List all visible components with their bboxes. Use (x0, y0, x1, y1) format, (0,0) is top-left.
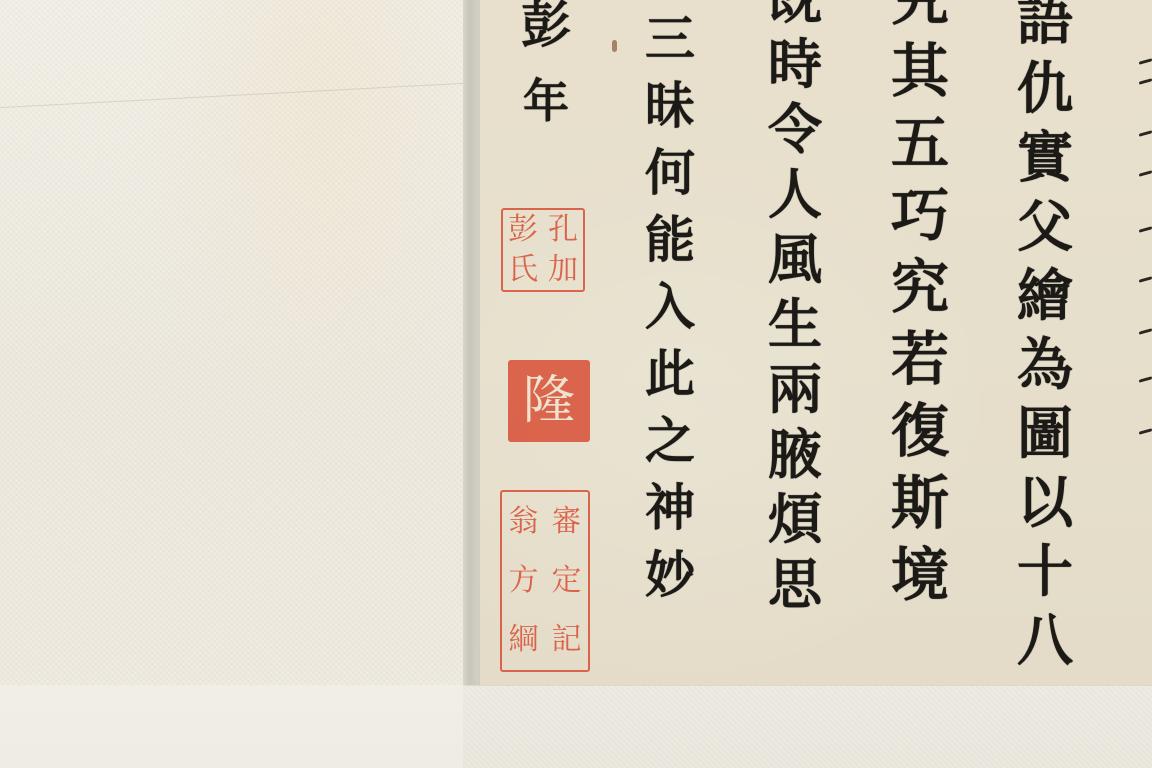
seal-char: 翁 (509, 507, 539, 537)
seal-char: 綱 (509, 625, 539, 655)
char: 巧 (891, 186, 949, 244)
silk-mount-bottom-left (0, 685, 463, 768)
char: 妙 (645, 550, 695, 600)
seal-char: 彭 (508, 215, 538, 245)
char: 昧 (645, 81, 695, 131)
char: 時 (768, 37, 822, 91)
char: 人 (768, 167, 822, 221)
char: 生 (768, 297, 822, 351)
text-column-2: 究 其 五 巧 究 若 復 斯 境 (880, 0, 960, 618)
seal-char: 加 (548, 255, 578, 285)
char: 仇 (1017, 61, 1073, 117)
char: 五 (891, 114, 949, 172)
char: 煩 (768, 492, 822, 546)
char: 以 (1017, 475, 1073, 531)
char: 復 (891, 402, 949, 460)
char: 何 (645, 148, 695, 198)
char: 圖 (1017, 406, 1073, 462)
char: 繪 (1017, 268, 1073, 324)
text-column-4: 三 昧 何 能 入 此 之 神 妙 (632, 14, 708, 617)
char: 十 (1017, 544, 1073, 600)
seal-square-outline: 彭 孔 氏 加 (501, 208, 585, 292)
paper-edge-strip (463, 0, 479, 685)
seal-char: 隆 (523, 375, 575, 427)
text-column-3: 既 時 令 人 風 生 兩 腋 煩 思 (755, 0, 835, 622)
char: 腋 (768, 427, 822, 481)
char: 境 (891, 546, 949, 604)
char: 思 (768, 557, 822, 611)
seal-char: 孔 (548, 215, 578, 245)
char: 斯 (891, 474, 949, 532)
char: 既 (768, 0, 822, 26)
char: 實 (1017, 130, 1073, 186)
char: 令 (768, 102, 822, 156)
seal-tall-outline: 翁 審 方 定 綱 記 (500, 490, 590, 672)
char: 若 (891, 330, 949, 388)
char: 風 (768, 232, 822, 286)
char: 神 (645, 483, 695, 533)
char: 語 (1017, 0, 1073, 48)
char: 此 (645, 349, 695, 399)
seal-char: 記 (552, 625, 582, 655)
char: 究 (891, 0, 949, 28)
char: 三 (645, 14, 695, 64)
seal-square-solid: 隆 (508, 360, 590, 442)
char: 父 (1017, 199, 1073, 255)
foxing-spot (612, 40, 617, 52)
seal-char: 審 (552, 507, 582, 537)
seal-char: 定 (552, 566, 582, 596)
char: 兩 (768, 362, 822, 416)
char: 能 (645, 215, 695, 265)
text-column-1: 語 仇 實 父 繪 為 圖 以 十 八 (1005, 0, 1085, 682)
char: 八 (1017, 613, 1073, 669)
char: 之 (645, 416, 695, 466)
signature-char: 彭 (521, 0, 571, 50)
char: 究 (891, 258, 949, 316)
seal-char: 方 (509, 566, 539, 596)
partial-column-edge (1135, 0, 1152, 685)
signature-char: 年 (523, 78, 569, 124)
char: 其 (891, 42, 949, 100)
seal-char: 氏 (508, 255, 538, 285)
signature: 彭 年 (510, 0, 582, 124)
char: 入 (645, 282, 695, 332)
char: 為 (1017, 337, 1073, 393)
